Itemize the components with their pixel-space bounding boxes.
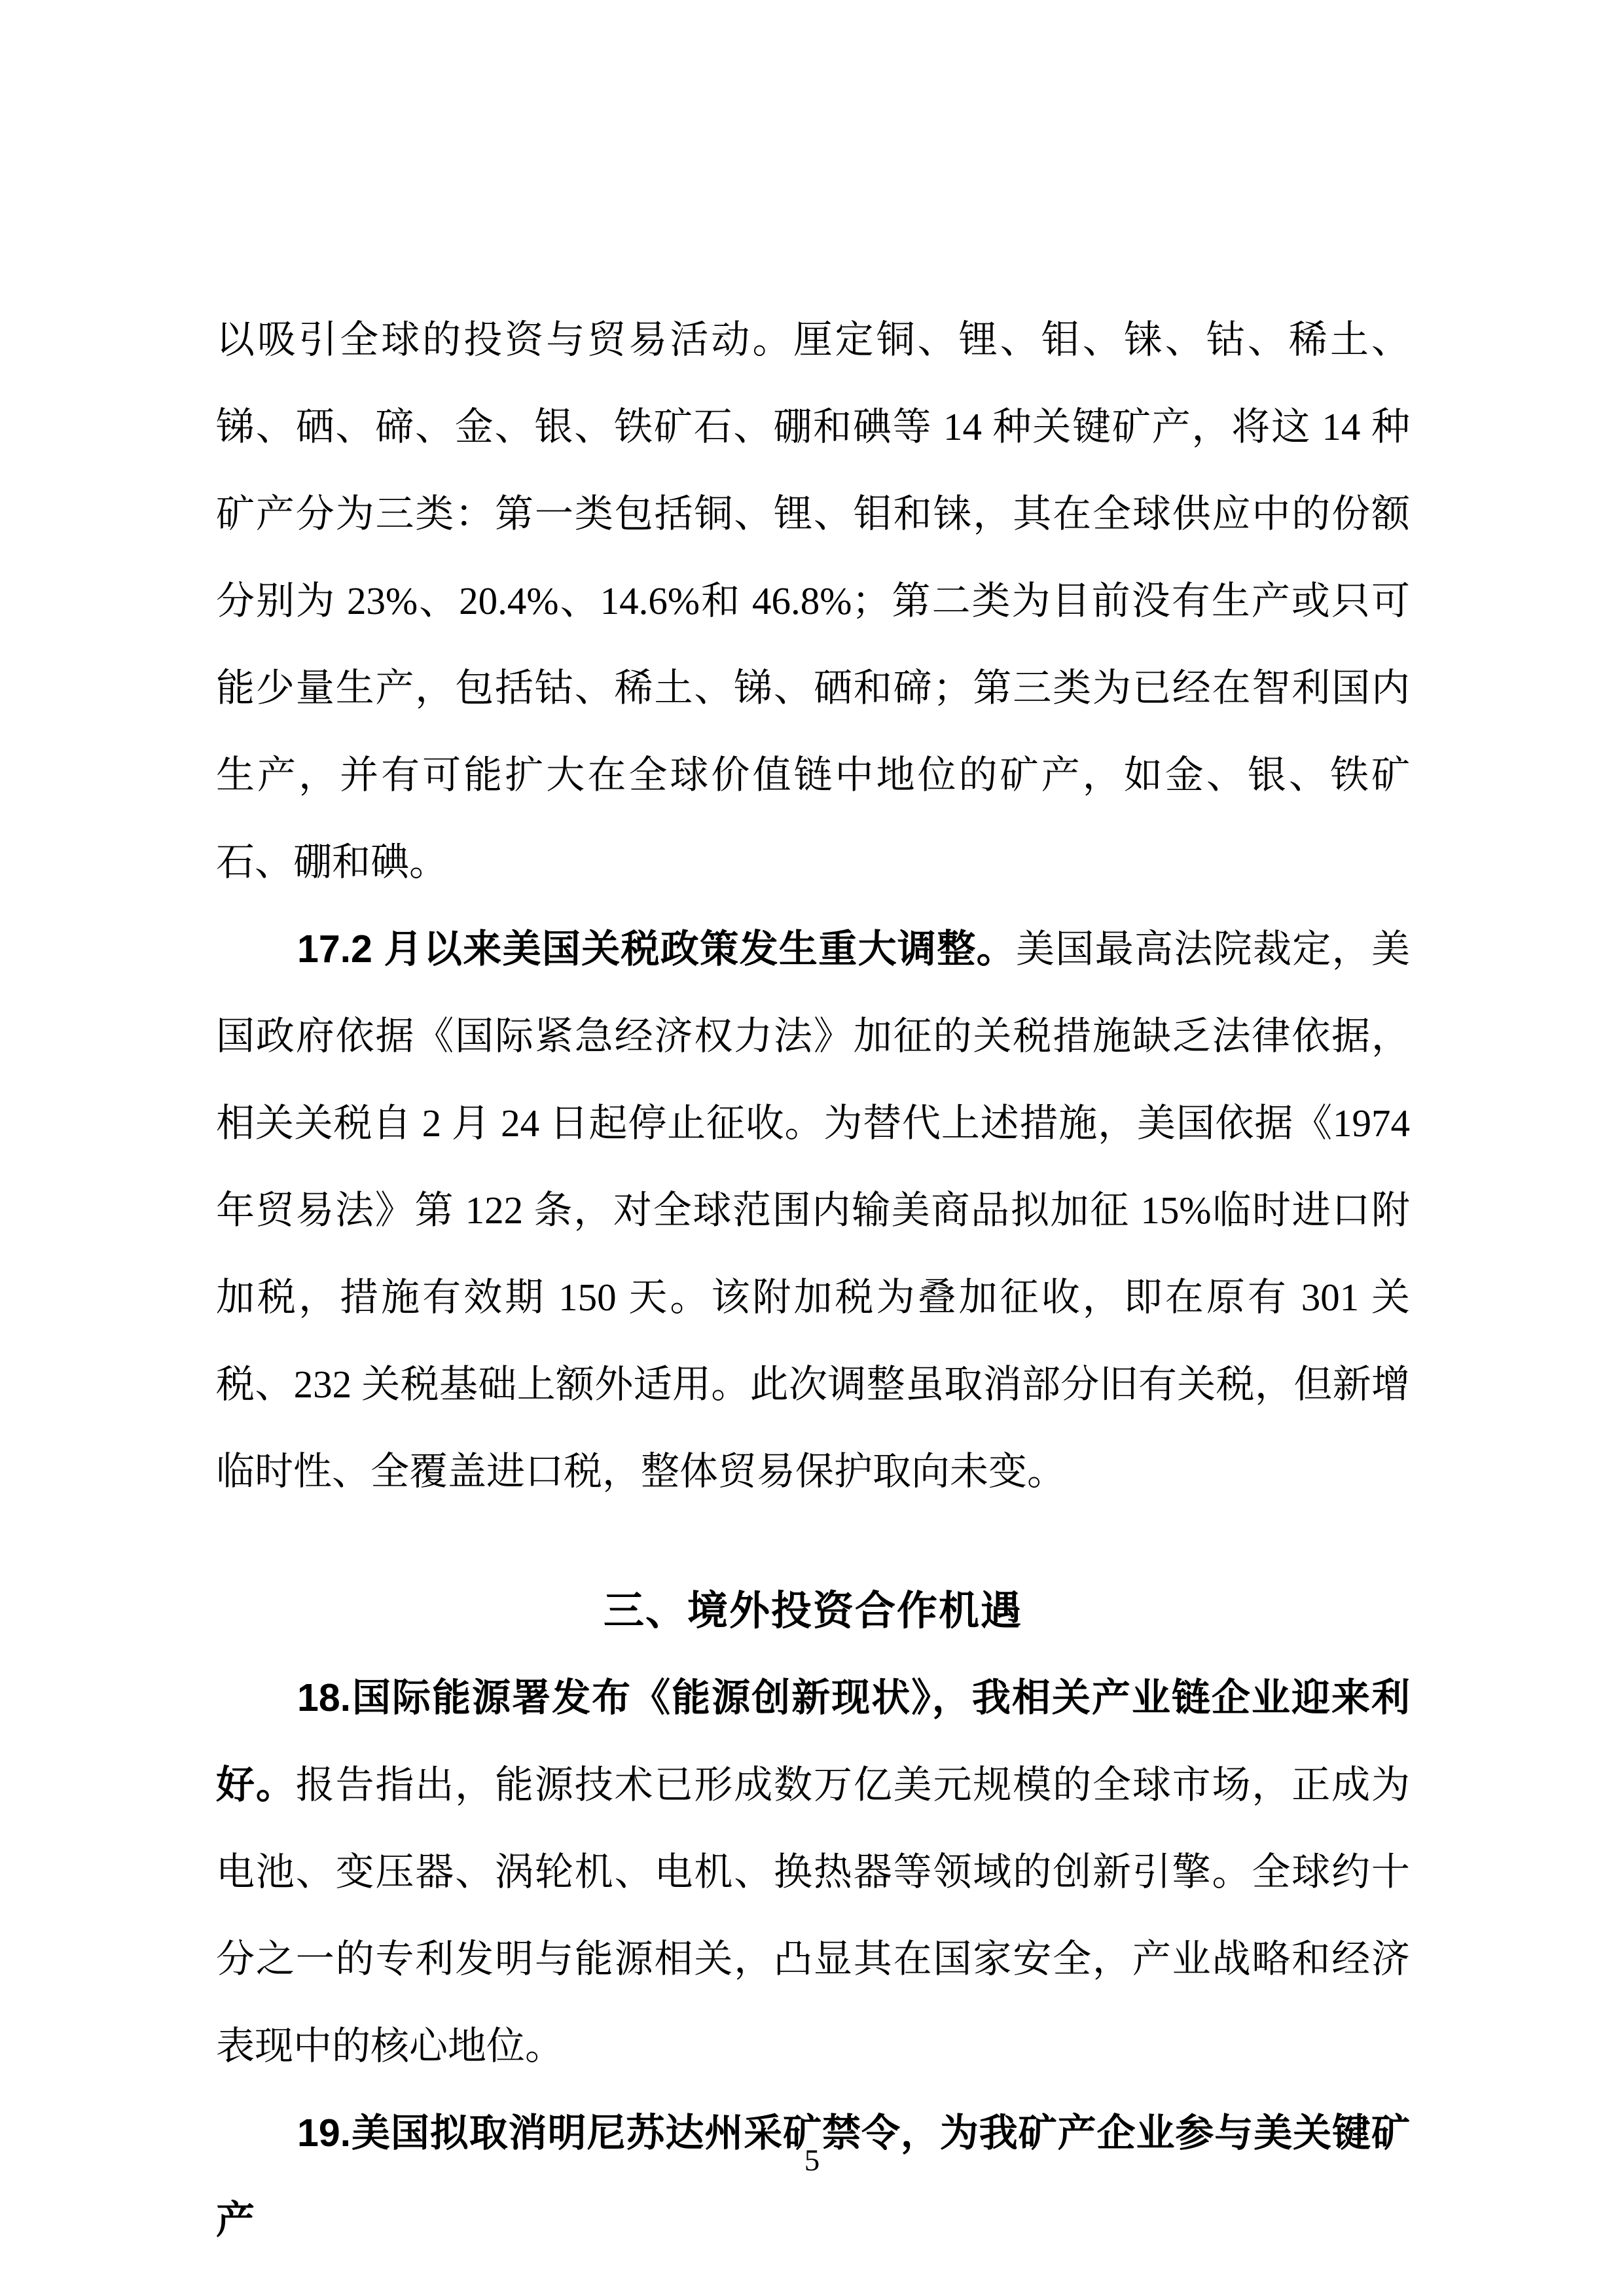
item-17-paragraph: 17.2 月以来美国关税政策发生重大调整。美国最高法院裁定，美国政府依据《国际紧…: [216, 906, 1410, 1515]
item-18-paragraph: 18.国际能源署发布《能源创新现状》，我相关产业链企业迎来利好。报告指出，能源技…: [216, 1655, 1410, 2090]
section-3-heading: 三、境外投资合作机遇: [216, 1568, 1410, 1655]
page-number: 5: [0, 2145, 1624, 2176]
item-17-body: 美国最高法院裁定，美国政府依据《国际紧急经济权力法》加征的关税措施缺乏法律依据，…: [216, 927, 1410, 1493]
item-17-lead: 17.2 月以来美国关税政策发生重大调整。: [297, 927, 1016, 971]
paragraph-minerals-classification: 以吸引全球的投资与贸易活动。厘定铜、锂、钼、铼、钴、稀土、锑、硒、碲、金、银、铁…: [216, 296, 1410, 906]
document-page: 以吸引全球的投资与贸易活动。厘定铜、锂、钼、铼、钴、稀土、锑、硒、碲、金、银、铁…: [0, 0, 1624, 2296]
page-body-content: 以吸引全球的投资与贸易活动。厘定铜、锂、钼、铼、钴、稀土、锑、硒、碲、金、银、铁…: [216, 296, 1410, 2264]
item-18-body: 报告指出，能源技术已形成数万亿美元规模的全球市场，正成为电池、变压器、涡轮机、电…: [216, 1763, 1410, 2068]
